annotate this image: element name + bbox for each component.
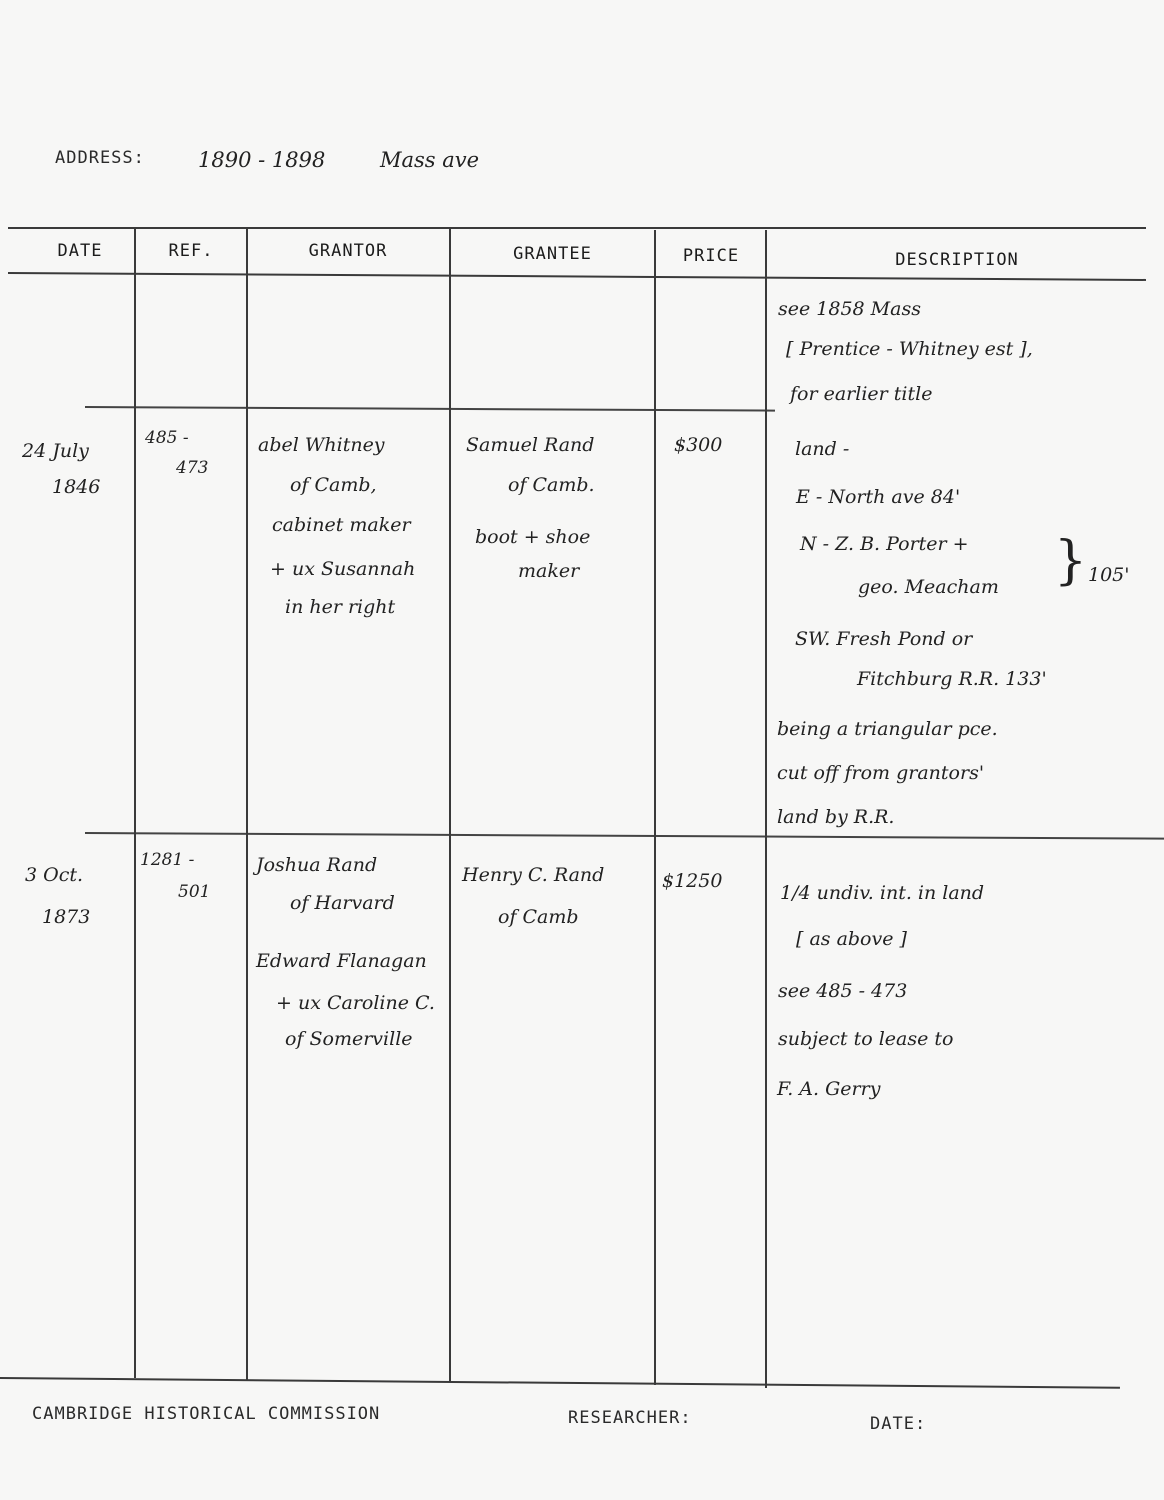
ref-line: 1281 - [140, 852, 194, 869]
ref-line: 473 [176, 460, 208, 477]
grantor-line: of Harvard [290, 894, 395, 913]
price-value: $1250 [662, 872, 722, 891]
grantor-line: cabinet maker [272, 516, 411, 535]
date-line: 3 Oct. [25, 866, 83, 885]
col-header-grantee: GRANTEE [451, 244, 654, 264]
grantor-line: abel Whitney [258, 436, 385, 455]
address-numbers: 1890 - 1898 [198, 150, 325, 171]
grantee-line: of Camb. [508, 476, 595, 495]
grantee-line: of Camb [498, 908, 579, 927]
footer-organization: CAMBRIDGE HISTORICAL COMMISSION [32, 1404, 380, 1424]
description-line: see 485 - 473 [778, 982, 907, 1001]
description-line: Fitchburg R.R. 133' [857, 670, 1047, 689]
grantor-line: + ux Caroline C. [276, 994, 435, 1013]
grantor-line: of Camb, [290, 476, 377, 495]
col-divider-grantee-price [654, 230, 656, 1385]
grantee-line: Henry C. Rand [462, 866, 604, 885]
ref-line: 501 [178, 884, 210, 901]
col-header-ref: REF. [136, 241, 246, 261]
brace-icon: } [1054, 535, 1087, 587]
col-header-description: DESCRIPTION [767, 250, 1147, 270]
description-line: 1/4 undiv. int. in land [780, 884, 984, 903]
address-label: ADDRESS: [55, 148, 145, 168]
date-line: 1873 [42, 908, 90, 927]
col-header-grantor: GRANTOR [248, 241, 448, 261]
grantor-line: of Somerville [285, 1030, 413, 1049]
grantor-line: + ux Susannah [270, 560, 415, 579]
description-line: [ Prentice - Whitney est ], [786, 340, 1033, 359]
description-line: E - North ave 84' [796, 488, 960, 507]
col-divider-date-ref [134, 228, 136, 1378]
description-line: land by R.R. [777, 808, 894, 827]
description-line: [ as above ] [796, 930, 907, 949]
description-line: cut off from grantors' [777, 764, 984, 783]
footer-researcher-label: RESEARCHER: [568, 1408, 692, 1428]
address-street: Mass ave [380, 150, 479, 171]
ref-line: 485 - [145, 430, 189, 447]
grantee-line: maker [518, 562, 579, 581]
description-line: SW. Fresh Pond or [795, 630, 972, 649]
table-top-rule [8, 227, 1146, 229]
description-line: for earlier title [790, 385, 932, 404]
description-line: F. A. Gerry [777, 1080, 880, 1099]
date-line: 24 July [22, 442, 89, 461]
row-separator-1 [85, 406, 775, 411]
col-header-price: PRICE [656, 246, 766, 266]
table-bottom-rule [0, 1377, 1120, 1389]
description-line: N - Z. B. Porter + [800, 535, 969, 554]
date-line: 1846 [52, 478, 100, 497]
description-line: being a triangular pce. [777, 720, 998, 739]
col-divider-price-description [765, 230, 767, 1388]
description-line: geo. Meacham [858, 578, 999, 597]
grantor-line: Edward Flanagan [256, 952, 427, 971]
header-bottom-rule [8, 272, 1146, 281]
col-divider-ref-grantor [246, 228, 248, 1380]
grantor-line: in her right [285, 598, 395, 617]
price-value: $300 [674, 436, 722, 455]
footer-date-label: DATE: [870, 1414, 926, 1434]
grantor-line: Joshua Rand [256, 856, 377, 875]
grantee-line: Samuel Rand [466, 436, 594, 455]
grantee-line: boot + shoe [475, 528, 590, 547]
description-line: land - [795, 440, 849, 459]
description-line: subject to lease to [778, 1030, 953, 1049]
col-divider-grantor-grantee [449, 228, 451, 1382]
col-header-date: DATE [30, 241, 130, 261]
description-line: 105' [1088, 566, 1130, 585]
description-line: see 1858 Mass [778, 300, 921, 319]
